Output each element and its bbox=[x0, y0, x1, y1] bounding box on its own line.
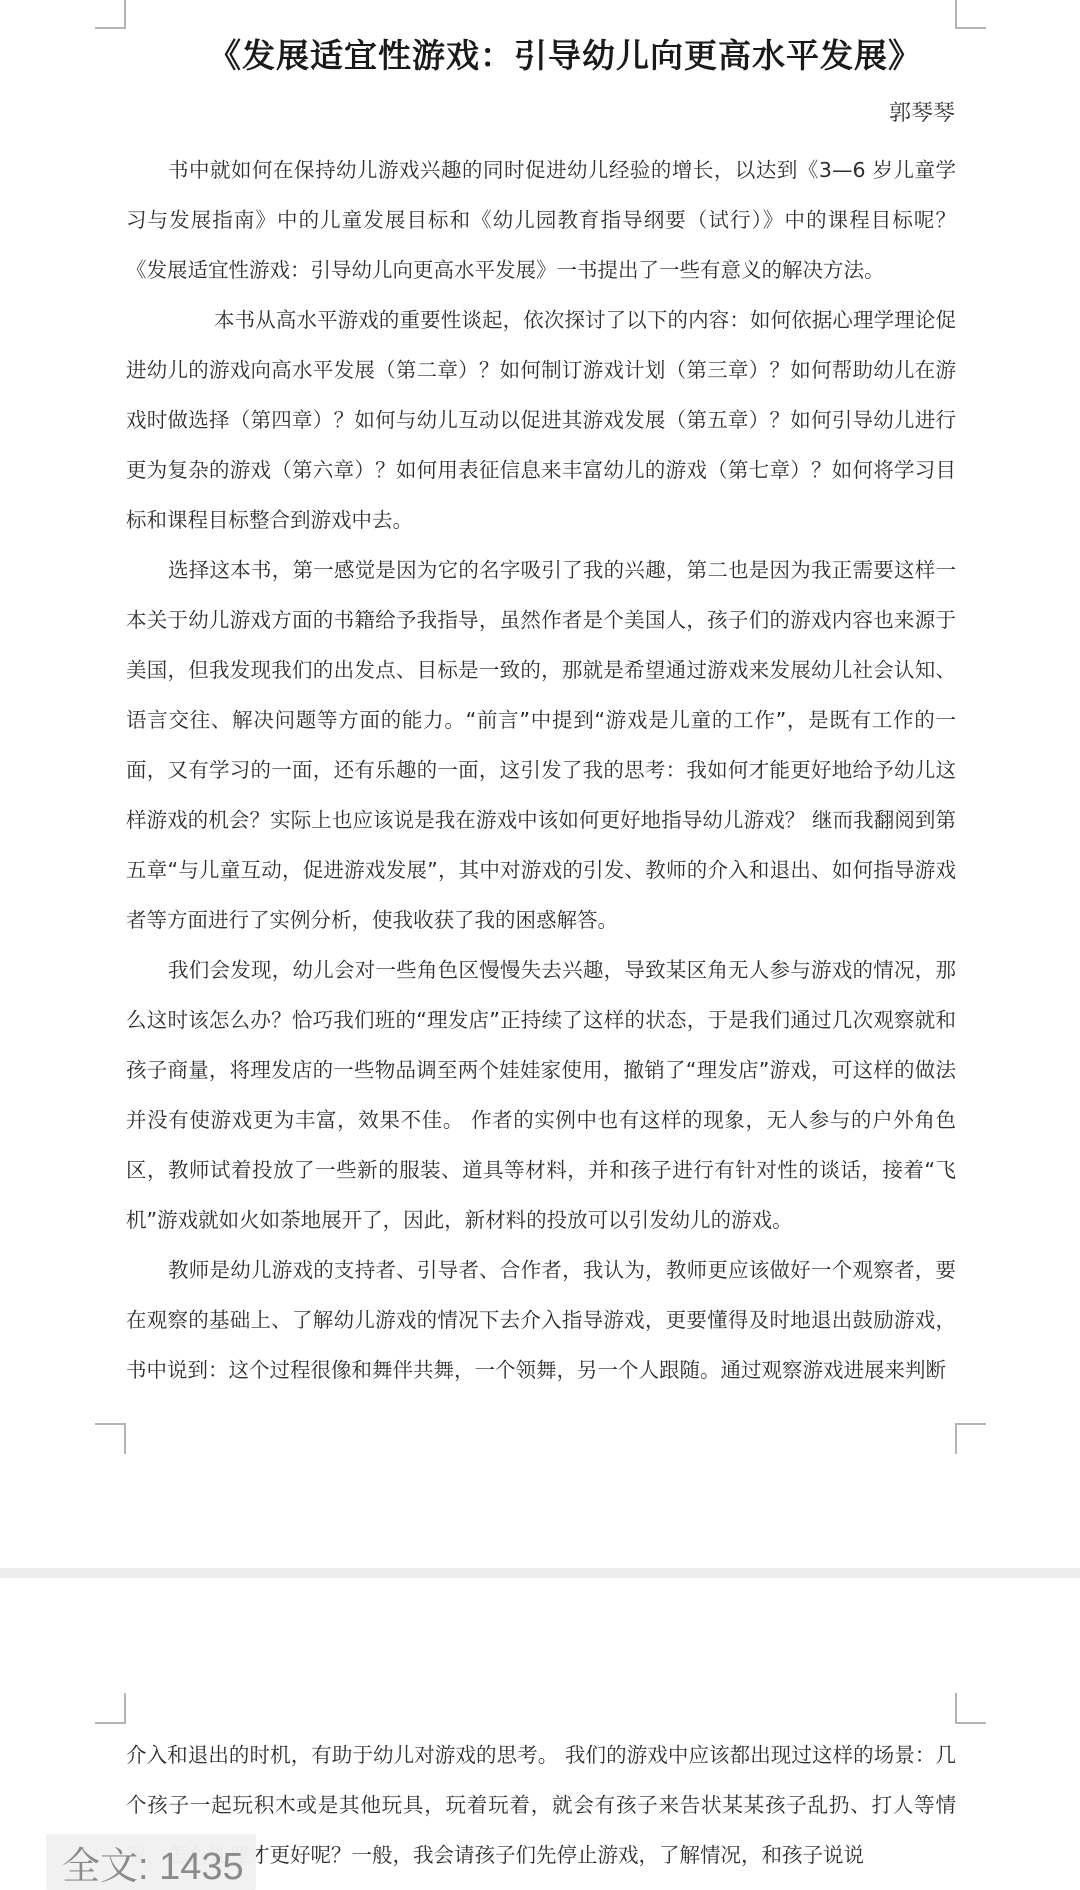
paragraph: 我们会发现，幼儿会对一些角色区慢慢失去兴趣，导致某区角无人参与游戏的情况，那么这… bbox=[126, 945, 956, 1245]
page-corner-mark-top-left bbox=[95, 0, 126, 29]
page-corner-mark-bottom-right bbox=[955, 1423, 986, 1454]
page-corner-mark-bottom-left bbox=[95, 1423, 126, 1454]
page-1-body: 书中就如何在保持幼儿游戏兴趣的同时促进幼儿经验的增长，以达到《3—6 岁儿童学习… bbox=[126, 145, 956, 1395]
page-corner-mark-top-left bbox=[95, 1693, 126, 1724]
document-title: 《发展适宜性游戏：引导幼儿向更高水平发展》 bbox=[0, 30, 1080, 77]
word-count-label: 全文: 1435 bbox=[62, 1835, 244, 1890]
page-separator bbox=[0, 1568, 1080, 1578]
paragraph: 教师是幼儿游戏的支持者、引导者、合作者，我认为，教师更应该做好一个观察者，要在观… bbox=[126, 1245, 956, 1395]
document-author: 郭琴琴 bbox=[889, 96, 955, 127]
page-corner-mark-top-right bbox=[955, 0, 986, 29]
document-page-1: 《发展适宜性游戏：引导幼儿向更高水平发展》 郭琴琴 书中就如何在保持幼儿游戏兴趣… bbox=[0, 0, 1080, 1568]
paragraph: 本书从高水平游戏的重要性谈起，依次探讨了以下的内容：如何依据心理学理论促进幼儿的… bbox=[126, 295, 956, 545]
paragraph: 书中就如何在保持幼儿游戏兴趣的同时促进幼儿经验的增长，以达到《3—6 岁儿童学习… bbox=[126, 145, 956, 295]
paragraph: 选择这本书，第一感觉是因为它的名字吸引了我的兴趣，第二也是因为我正需要这样一本关… bbox=[126, 545, 956, 945]
page-corner-mark-top-right bbox=[955, 1693, 986, 1724]
word-count-badge[interactable]: 全文: 1435 bbox=[46, 1834, 256, 1890]
